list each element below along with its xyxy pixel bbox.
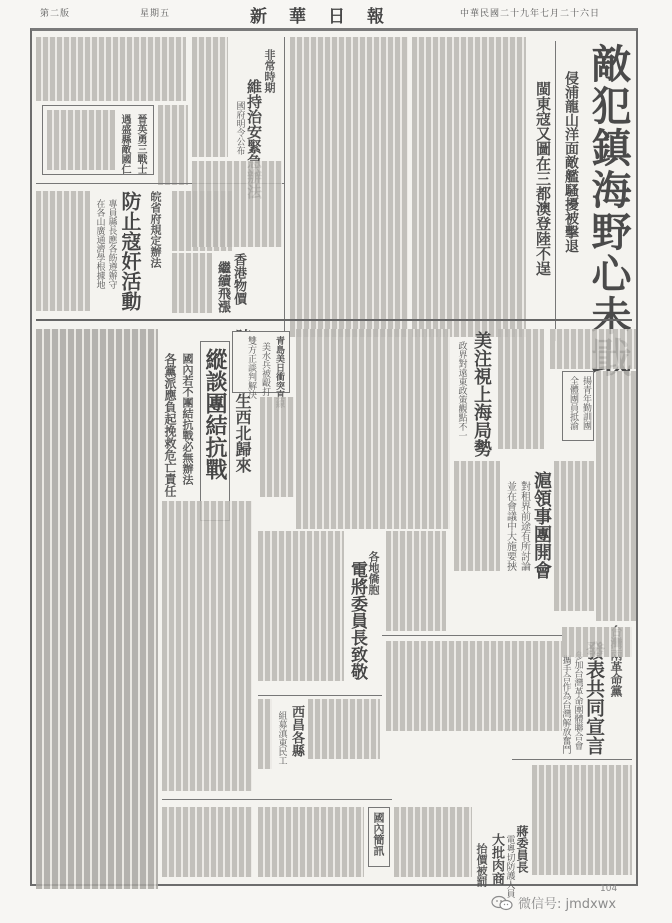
taiwan-subhead-1: 參加台灣革命團體聯合會 [572,651,581,750]
qingdao-line-2: 美水兵被毆打 [260,342,269,396]
emergency-subhead: 國府明令公布 [234,101,243,155]
shanghai-headline: 美注視上海局勢 [472,331,490,457]
anhui-subhead-2: 在各山廣通濟學根據地 [94,199,103,289]
commissioner-headline: 蔣委員長 [516,825,528,873]
section-rule [512,759,632,760]
lead-body-text-2 [290,37,408,337]
domestic-brief-body [258,807,364,877]
chen-body-text [36,329,158,889]
section-rule [258,695,382,696]
notice-body-text [47,110,115,170]
chen-headline-box: 縱談團結抗戰 [200,341,230,521]
hongkong-body-text [172,253,212,313]
domestic-brief-box: 國內簡訊 [368,807,390,867]
chen-subhead-1: 國內若不團結抗戰必無辦法 [182,353,193,485]
notice-line-2: 遇盛縣敵國仁 [119,114,129,174]
wechat-watermark: 微信号: jmdxwx [490,893,616,912]
lower-left-body-text [162,807,252,877]
mid-body-text [192,161,282,247]
hongkong-headline-2: 繼續飛漲 [216,261,229,313]
lead-subhead: 侵浦龍山洋面敵艦騷擾被擊退 [564,71,578,253]
consul-body-text [454,461,500,571]
taiwan-body-text [532,765,632,875]
west-headline: 西昌各縣 [290,705,303,757]
meat-body-text [394,807,472,877]
anhui-headline: 防止寇奸活動 [120,191,140,311]
qingdao-line-3: 雙方正談判解決 [246,336,255,399]
telegram-headline: 電將委員長致敬 [348,561,365,680]
commissioner-subhead: 電粵切防護人員 [504,835,513,898]
qingdao-body-text [260,397,294,497]
anhui-kicker: 皖省府規定辦法 [150,191,161,268]
hongkong-headline-1: 香港物價 [232,253,245,305]
watermark-label: 微信号: jmdxwx [518,893,616,912]
lead-body-text [412,37,526,337]
consul-subhead-2: 並在會議中大施要挾 [504,481,515,571]
west-body-text [308,699,380,759]
weekday: 星期五 [140,6,170,19]
chen-headline: 縱談團結抗戰 [204,348,226,480]
taiwan-body-text-top [562,627,632,657]
page-frame: 敵犯鎮海野心未戢 侵浦龍山洋面敵艦騷擾被擊退 閩東寇又圖在三都澳登陸不逞 非常時… [30,28,638,886]
west-subhead: 組募滇東民工 [276,711,285,765]
consul-body-text-2 [554,461,594,611]
column-rule [284,37,285,337]
issue-date: 中華民國二十九年七月二十六日 [460,6,600,19]
right-body-text-2 [596,371,636,621]
taiwan-headline: 發表共同宣言 [584,641,603,755]
top-left-body-text [36,37,186,101]
newspaper-title: 新華日報 [250,2,406,27]
column-rule [555,41,556,341]
page-label: 第二版 [40,6,70,19]
emergency-kicker: 非常時期 [264,49,275,93]
masthead: 第二版 星期五 新華日報 中華民國二十九年七月二十六日 [20,0,660,24]
chen-body-text-2 [162,501,252,791]
telegram-body-text-2 [386,531,446,631]
fold-rule [36,319,632,321]
taiwan-subhead-2: 攜手合作為台灣解放奮鬥 [560,655,569,754]
shanghai-subhead: 政界對遠東政策觀點不一 [456,341,465,440]
youth-corps-box: 揚青年勤訓團 全體團員抵渝 [562,371,594,441]
right-body-text [550,329,636,369]
consul-subhead-1: 對租界前途有所討論 [518,481,529,571]
consul-headline: 滬領事團開會 [532,471,550,579]
youth-corps-line-2: 全體團員抵渝 [568,376,577,430]
chen-subhead-2: 各黨派應負起挽救危亡責任 [164,353,176,497]
meat-subhead: 抬價被罰 [476,843,487,887]
shanghai-body-text-2 [498,329,544,449]
top-left-body-text-2 [158,105,188,185]
wechat-icon [490,895,514,911]
section-rule [162,799,392,800]
anhui-body-text [36,191,90,311]
lower-mid-body-text [386,641,562,731]
telegram-body-text [258,531,344,681]
domestic-brief-headline: 國內簡訊 [373,812,384,856]
lead-subhead-2: 閩東寇又圖在三都澳登陸不逞 [535,81,550,276]
emergency-body-text [192,37,228,157]
qingdao-box: 青島美日衝突直線 美水兵被毆打 雙方正談判解決 [232,331,290,393]
west-body-text-2 [258,699,272,769]
notice-line-1: 晉英勇三戰士 [135,114,145,174]
meat-headline: 大批肉商 [490,833,503,885]
youth-corps-line-1: 揚青年勤訓團 [581,376,590,430]
anhui-subhead-1: 專員縣長應各飭遵辦守 [106,199,115,289]
shanghai-body-text [296,329,450,529]
boxed-notice: 晉英勇三戰士 遇盛縣敵國仁 [42,105,154,175]
telegram-kicker: 各地僑胞 [368,551,379,595]
section-rule [382,635,562,636]
newspaper-page: 第二版 星期五 新華日報 中華民國二十九年七月二十六日 敵犯鎮海野心未戢 侵浦龍… [0,0,672,923]
